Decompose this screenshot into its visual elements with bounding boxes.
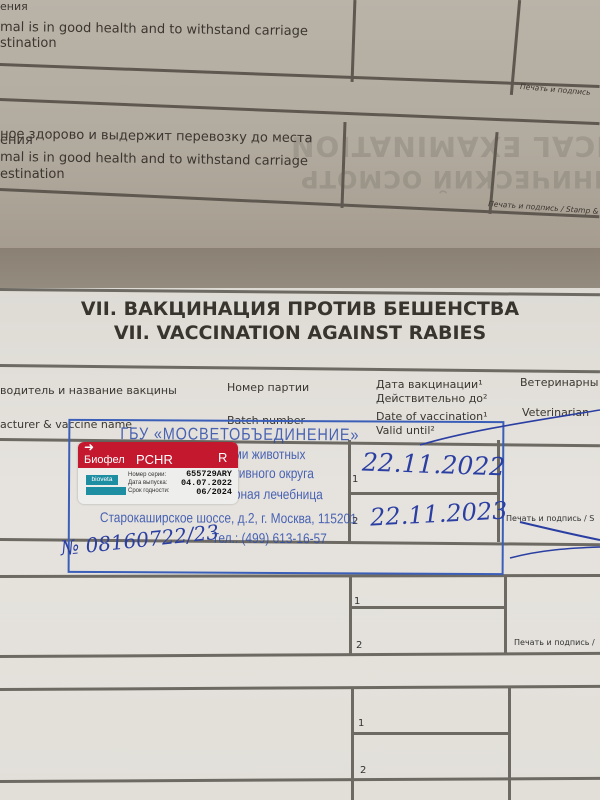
divider (504, 577, 507, 653)
divider (353, 732, 508, 735)
row2-en-line2: estination (0, 167, 65, 182)
row3-line-number-2: 2 (360, 765, 366, 776)
row2-line-number-2: 2 (356, 640, 362, 651)
stamp-signature-label: Печать и подпись / (514, 638, 595, 647)
row1-ru-fragment: ения (0, 0, 28, 14)
bleed-through-text-en: VI. CLINICAL EXAMINATION (290, 130, 600, 163)
col-manufacturer-ru: водитель и название вакцины (0, 384, 177, 398)
divider (351, 0, 357, 82)
page-edge-shadow (0, 248, 600, 290)
col-batch-ru: Номер партии (227, 381, 309, 395)
row3-line-number-1: 1 (358, 718, 364, 729)
divider (0, 98, 600, 125)
section-title-ru: VII. ВАКЦИНАЦИЯ ПРОТИВ БЕШЕНСТВА (0, 298, 600, 320)
row2-ru-line1: ное здорово и выдержит перевозку до мест… (0, 127, 313, 146)
bleed-through-text-ru: VI. КЛИНИЧЕСКИЙ ОСМОТР (300, 165, 600, 193)
row2-ru-line2: ения (0, 133, 33, 148)
divider (351, 688, 354, 800)
col-vet-ru: Ветеринарны (520, 376, 598, 390)
divider (351, 606, 504, 609)
divider (349, 577, 352, 655)
row2-line-number-1: 1 (354, 596, 360, 607)
col-date-ru: Дата вакцинации¹ (376, 378, 483, 392)
section-title-en: VII. VACCINATION AGAINST RABIES (0, 322, 600, 344)
row1-en-line2: stination (0, 36, 57, 51)
divider (0, 63, 600, 88)
previous-page: VI. CLINICAL EXAMINATION VI. КЛИНИЧЕСКИЙ… (0, 0, 600, 248)
divider (508, 686, 511, 800)
divider (510, 0, 521, 95)
signature-stroke (0, 400, 600, 580)
